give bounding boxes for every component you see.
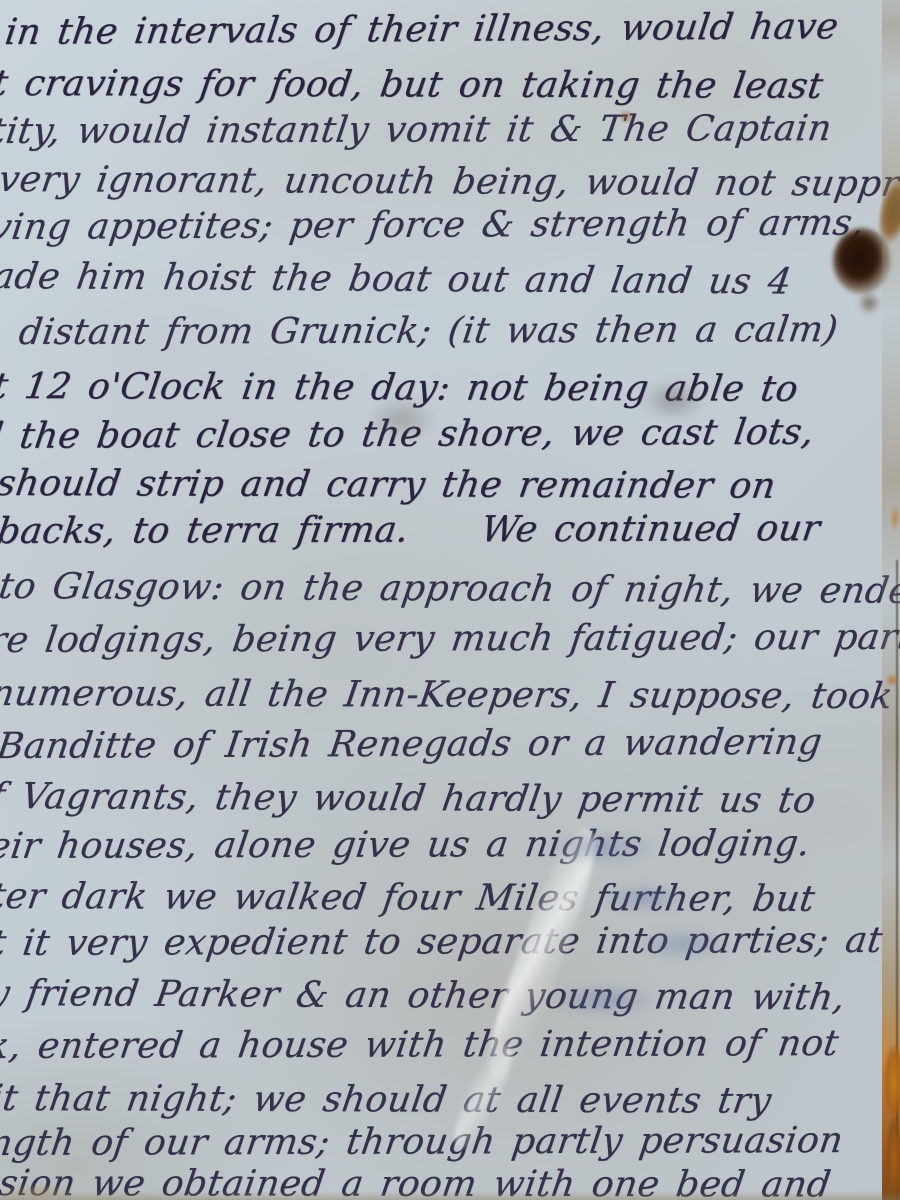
handwriting-line: Banditte of Irish Renegads or a wanderin…	[0, 722, 825, 767]
handwriting-line: to Glasgow: on the approach of night, we…	[0, 566, 900, 612]
handwriting-line: numerous, all the Inn-Keepers, I suppose…	[0, 673, 896, 717]
handwriting-line: backs, to terra firma. We continued our	[0, 508, 823, 552]
handwriting-line: ving appetites; per force & strength of …	[0, 202, 867, 248]
handwriting-line: t 12 o'Clock in the day: not being able …	[0, 366, 801, 410]
handwriting-line: very ignorant, uncouth being, would not …	[0, 159, 900, 205]
handwriting-line: in the intervals of their illness, would…	[3, 6, 841, 53]
handwriting-line: y friend Parker & an other young man wit…	[0, 973, 848, 1018]
handwriting-line: l the boat close to the shore, we cast l…	[0, 412, 816, 457]
handwriting-line: ade him hoist the boat out and land us 4	[0, 256, 794, 303]
handwriting-line: t cravings for food, but on taking the l…	[0, 63, 826, 107]
handwriting-line: tity, would instantly vomit it & The Cap…	[0, 108, 834, 152]
handwriting-line: k, entered a house with the intention of…	[0, 1023, 841, 1067]
handwriting-text: in the intervals of their illness, would…	[0, 0, 900, 1200]
handwriting-line: ter dark we walked four Miles further, b…	[0, 876, 818, 920]
handwriting-line: eir houses, alone give us a nights lodgi…	[0, 823, 813, 867]
handwriting-line: it that night; we should at all events t…	[0, 1078, 774, 1122]
handwriting-line: ngth of our arms; through partly persuas…	[0, 1120, 846, 1164]
handwriting-line: distant from Grunick; (it was then a cal…	[16, 309, 840, 353]
handwriting-line: should strip and carry the remainder on	[0, 463, 778, 507]
handwriting-line: t it very expedient to separate into par…	[0, 920, 885, 964]
manuscript-page: in the intervals of their illness, would…	[0, 0, 900, 1200]
handwriting-line: re lodgings, being very much fatigued; o…	[0, 617, 900, 661]
handwriting-line: f Vagrants, they would hardly permit us …	[0, 776, 818, 821]
handwriting-line: ision we obtained a room with one bed an…	[0, 1163, 834, 1200]
